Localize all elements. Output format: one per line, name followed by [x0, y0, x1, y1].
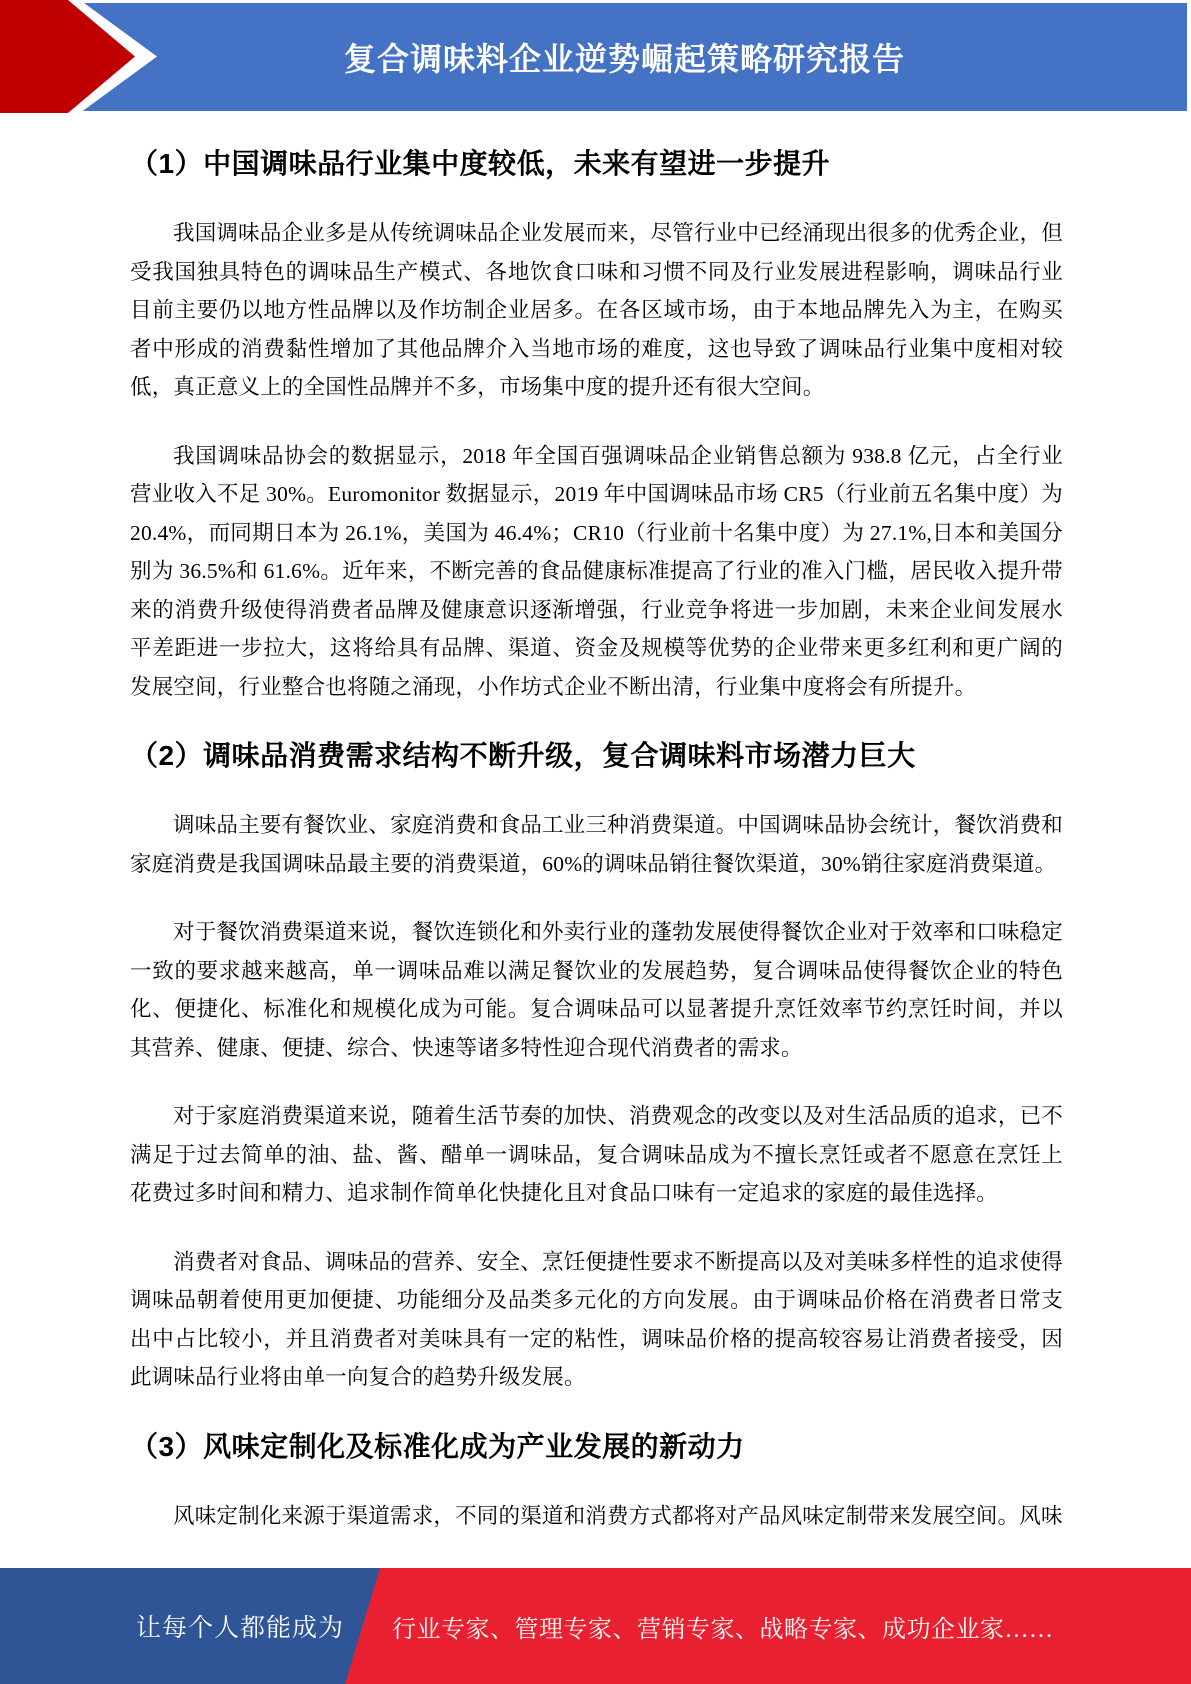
footer-slogan-right: 行业专家、管理专家、营销专家、战略专家、成功企业家……: [392, 1568, 1191, 1684]
section-1-heading: （1）中国调味品行业集中度较低，未来有望进一步提升: [130, 144, 1063, 184]
banner-background: 复合调味料企业逆势崛起策略研究报告: [22, 3, 1187, 111]
section-2-paragraph: 对于家庭消费渠道来说，随着生活节奏的加快、消费观念的改变以及对生活品质的追求，已…: [130, 1097, 1063, 1213]
section-2: （2）调味品消费需求结构不断升级，复合调味料市场潜力巨大 调味品主要有餐饮业、家…: [130, 736, 1063, 1397]
section-2-paragraph: 调味品主要有餐饮业、家庭消费和食品工业三种消费渠道。中国调味品协会统计，餐饮消费…: [130, 806, 1063, 883]
header-banner: 复合调味料企业逆势崛起策略研究报告: [0, 0, 1191, 112]
section-2-paragraph: 对于餐饮消费渠道来说，餐饮连锁化和外卖行业的蓬勃发展使得餐饮企业对于效率和口味稳…: [130, 913, 1063, 1067]
document-body: （1）中国调味品行业集中度较低，未来有望进一步提升 我国调味品企业多是从传统调味…: [0, 112, 1191, 1594]
footer-slogan-left: 让每个人都能成为: [0, 1568, 350, 1684]
section-1-paragraph: 我国调味品企业多是从传统调味品企业发展而来，尽管行业中已经涌现出很多的优秀企业，…: [130, 214, 1063, 407]
red-arrow-icon: [0, 0, 160, 113]
section-1-paragraph: 我国调味品协会的数据显示，2018 年全国百强调味品企业销售总额为 938.8 …: [130, 437, 1063, 707]
footer-banner: 让每个人都能成为 行业专家、管理专家、营销专家、战略专家、成功企业家……: [0, 1568, 1191, 1684]
red-arrow-shape: [0, 0, 135, 113]
report-title: 复合调味料企业逆势崛起策略研究报告: [344, 34, 905, 80]
section-3: （3）风味定制化及标准化成为产业发展的新动力 风味定制化来源于渠道需求，不同的渠…: [130, 1427, 1063, 1536]
section-3-heading: （3）风味定制化及标准化成为产业发展的新动力: [130, 1427, 1063, 1467]
section-1: （1）中国调味品行业集中度较低，未来有望进一步提升 我国调味品企业多是从传统调味…: [130, 144, 1063, 706]
section-2-paragraph: 消费者对食品、调味品的营养、安全、烹饪便捷性要求不断提高以及对美味多样性的追求使…: [130, 1243, 1063, 1397]
section-3-paragraph: 风味定制化来源于渠道需求，不同的渠道和消费方式都将对产品风味定制带来发展空间。风…: [130, 1497, 1063, 1536]
report-page: 复合调味料企业逆势崛起策略研究报告 （1）中国调味品行业集中度较低，未来有望进一…: [0, 0, 1191, 1684]
section-2-heading: （2）调味品消费需求结构不断升级，复合调味料市场潜力巨大: [130, 736, 1063, 776]
